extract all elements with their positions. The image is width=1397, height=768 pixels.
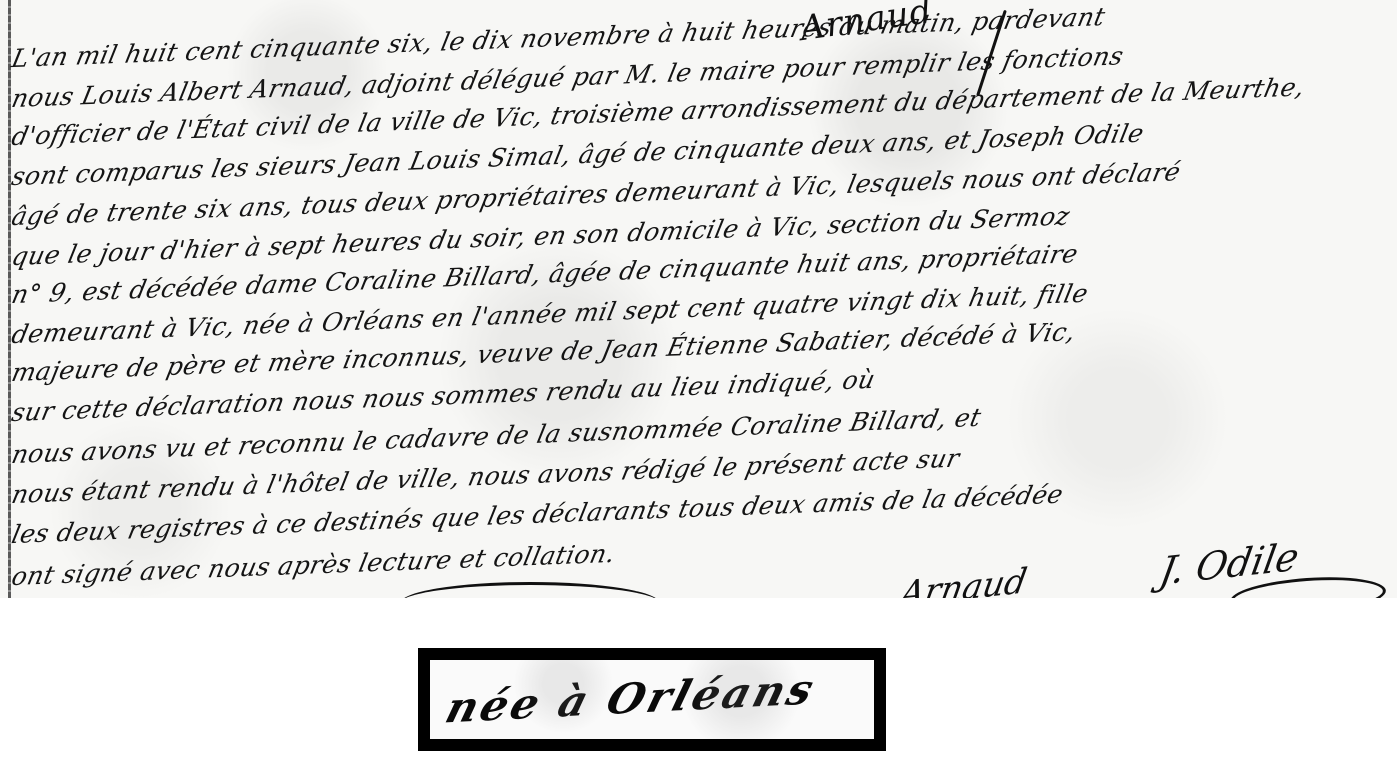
word-snippet-text: née à Orléans	[441, 665, 822, 733]
signature-area: Arnaud J. Odile	[0, 520, 1397, 598]
document-scan: Arnaud L'an mil huit cent cinquante six,…	[0, 0, 1397, 598]
signature-flourish	[400, 582, 660, 598]
word-snippet-box: née à Orléans	[418, 648, 886, 751]
signature-left: Arnaud	[897, 561, 1030, 598]
